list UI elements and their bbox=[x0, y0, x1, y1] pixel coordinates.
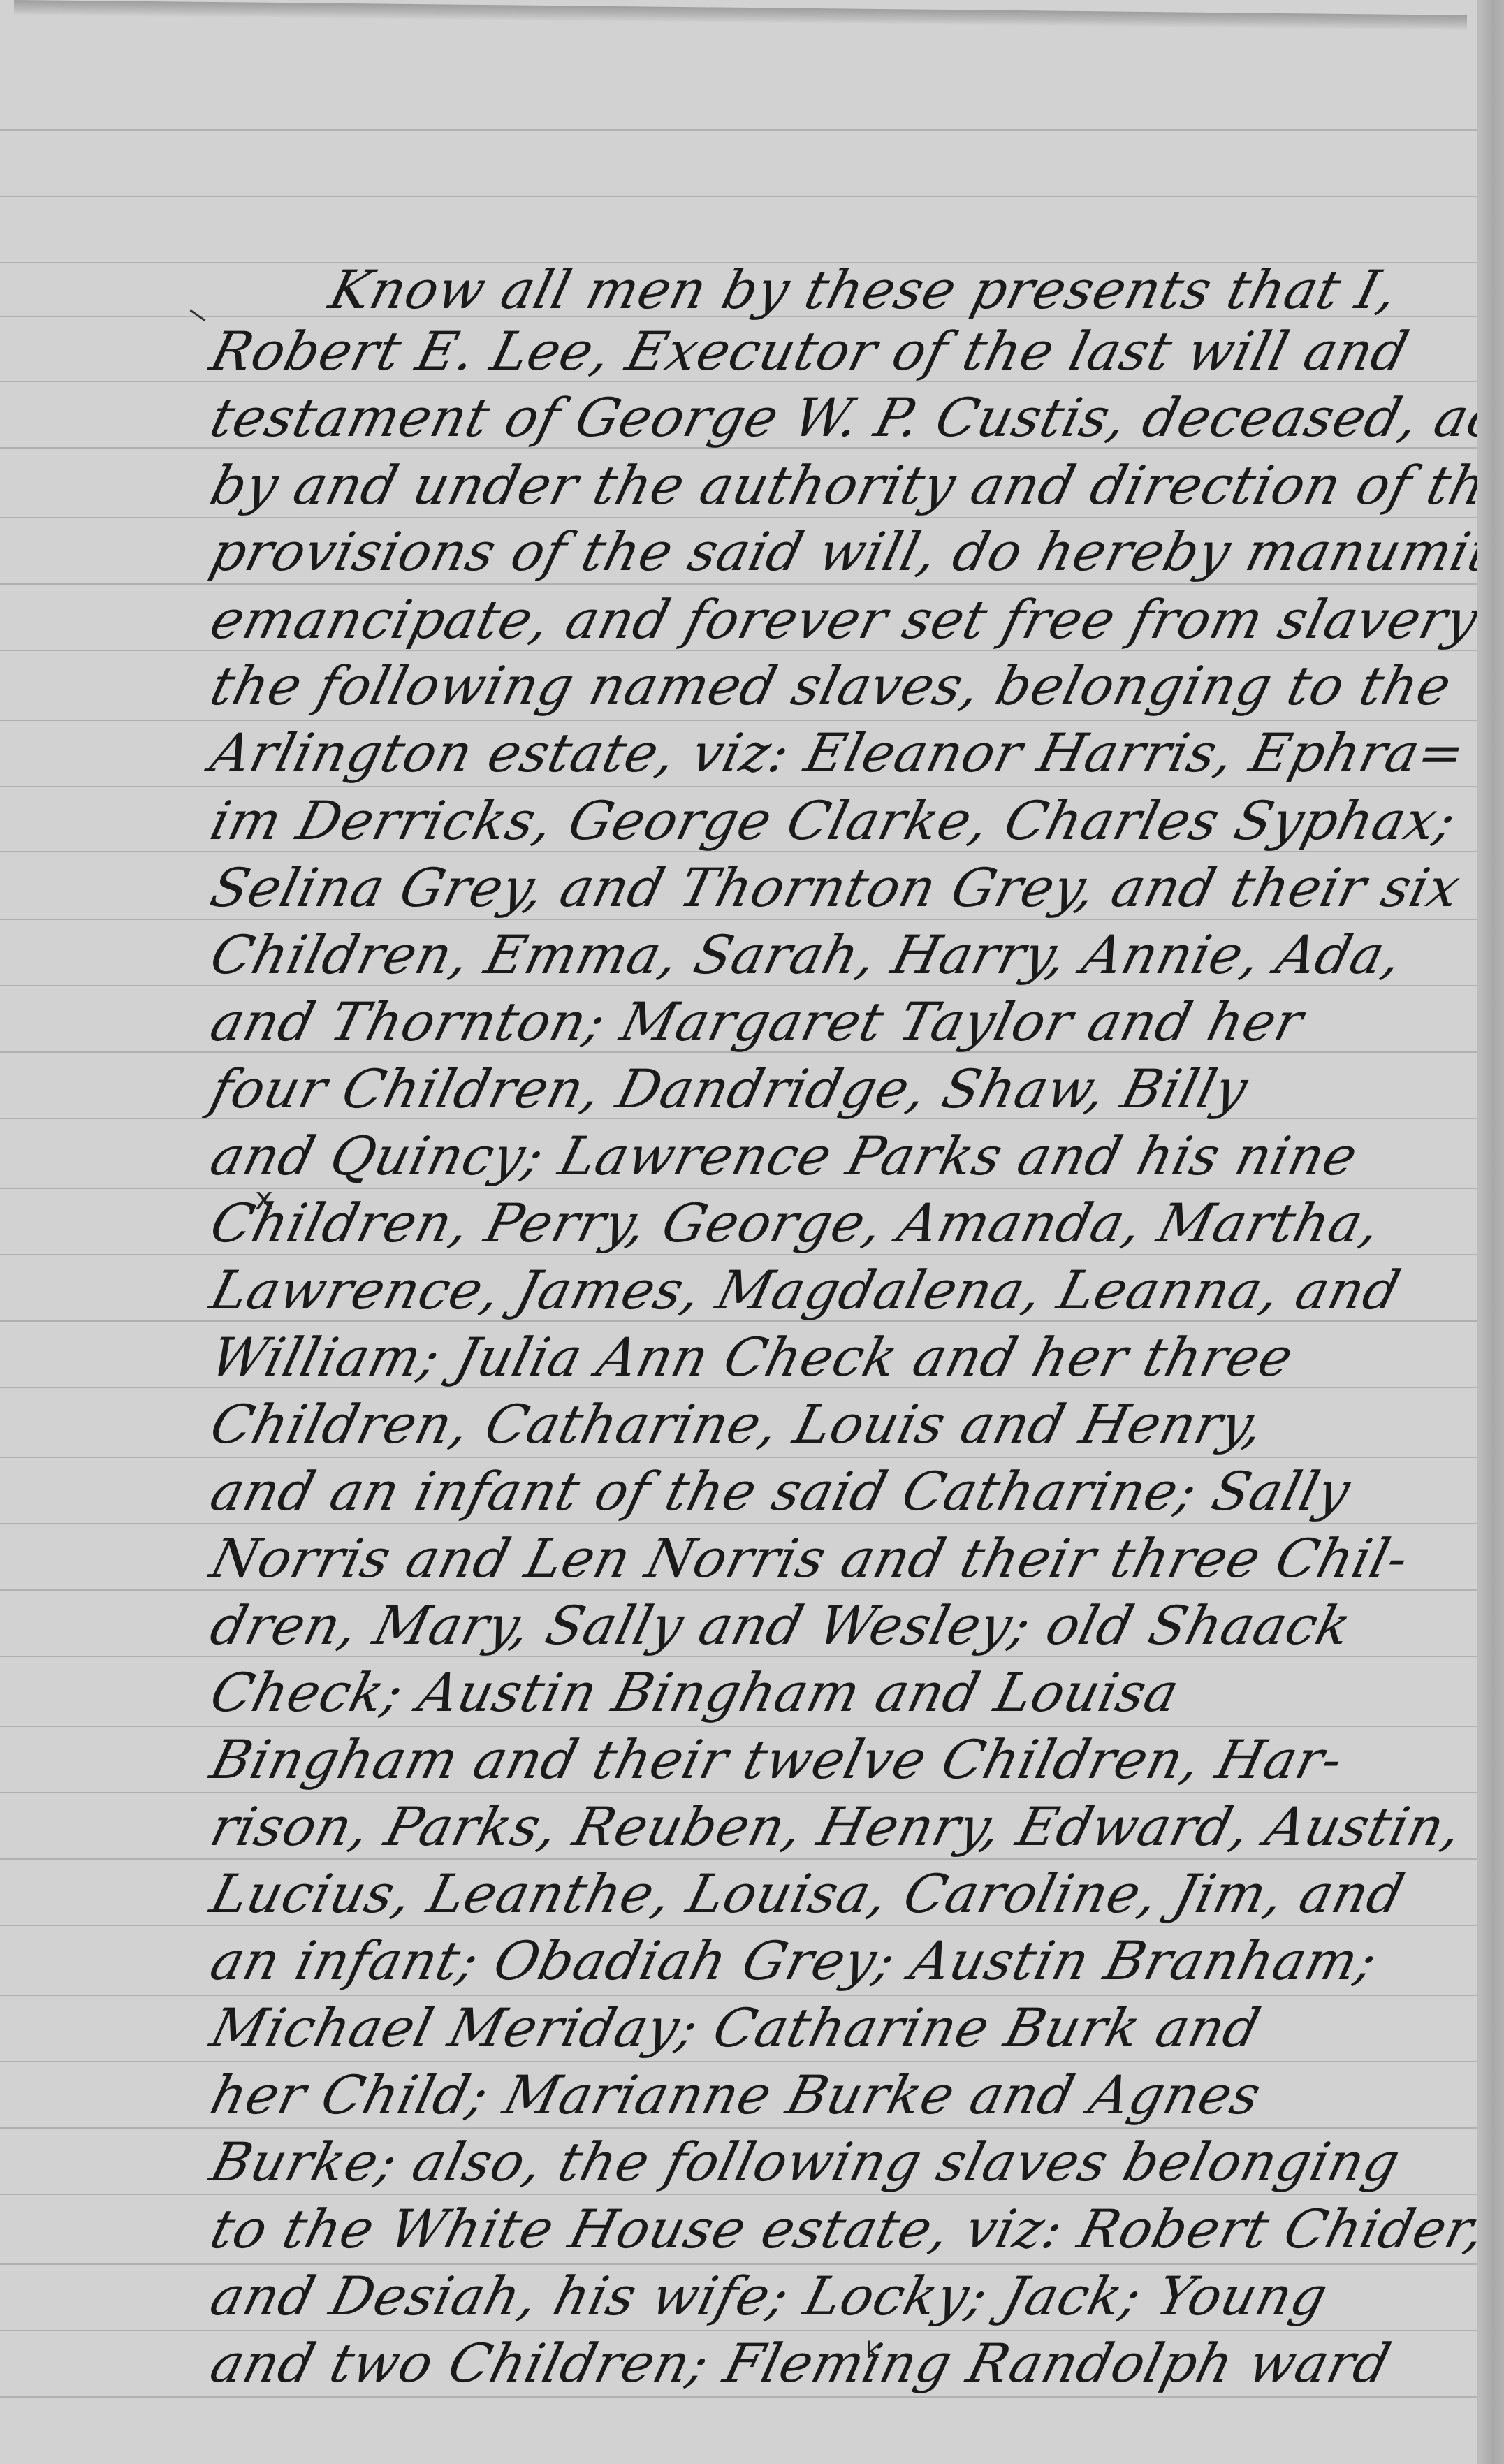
manuscript-line-17: William; Julia Ann Check and her three bbox=[203, 1319, 1301, 1396]
manuscript-line-3: testament of George W. P. Custis, deceas… bbox=[203, 379, 1504, 456]
manuscript-page: Know all men by these presents that I, R… bbox=[0, 0, 1477, 2464]
manuscript-line-13: four Children, Dandridge, Shaw, Billy bbox=[203, 1051, 1256, 1128]
manuscript-line-12: and Thornton; Margaret Taylor and her bbox=[203, 984, 1312, 1060]
ruled-line bbox=[0, 129, 1477, 131]
ruled-line bbox=[0, 196, 1477, 197]
manuscript-line-29: Burke; also, the following slaves belong… bbox=[203, 2124, 1408, 2201]
manuscript-line-8: Arlington estate, viz: Eleanor Harris, E… bbox=[203, 715, 1474, 792]
manuscript-line-19: and an infant of the said Catharine; Sal… bbox=[203, 1453, 1359, 1530]
manuscript-line-24: rison, Parks, Reuben, Henry, Edward, Aus… bbox=[203, 1788, 1470, 1865]
insert-x-mark: x bbox=[255, 1181, 273, 1216]
manuscript-line-23: Bingham and their twelve Children, Har- bbox=[203, 1721, 1351, 1798]
manuscript-line-26: an infant; Obadiah Grey; Austin Branham; bbox=[203, 1923, 1385, 1999]
manuscript-line-14: and Quincy; Lawrence Parks and his nine bbox=[203, 1118, 1366, 1195]
manuscript-line-25: Lucius, Leanthe, Louisa, Caroline, Jim, … bbox=[203, 1856, 1412, 1932]
manuscript-line-7: the following named slaves, belonging to… bbox=[203, 648, 1460, 724]
manuscript-line-4: by and under the authority and direction… bbox=[203, 447, 1504, 524]
manuscript-line-2: Robert E. Lee, Executor of the last will… bbox=[203, 313, 1417, 390]
manuscript-line-9: im Derricks, George Clarke, Charles Syph… bbox=[203, 782, 1464, 859]
manuscript-line-10: Selina Grey, and Thornton Grey, and thei… bbox=[203, 850, 1468, 926]
manuscript-line-11: Children, Emma, Sarah, Harry, Annie, Ada… bbox=[203, 917, 1411, 993]
manuscript-line-5: provisions of the said will, do hereby m… bbox=[203, 513, 1504, 590]
manuscript-line-16: Lawrence, James, Magdalena, Leanna, and bbox=[203, 1252, 1408, 1329]
page-top-shadow bbox=[14, 0, 1467, 31]
manuscript-line-32: and two Children; Fleming Randolph ward bbox=[203, 2325, 1399, 2402]
manuscript-line-22: Check; Austin Bingham and Louisa bbox=[203, 1654, 1188, 1731]
manuscript-line-6: emancipate, and forever set free from sl… bbox=[203, 581, 1487, 658]
manuscript-line-30: to the White House estate, viz: Robert C… bbox=[203, 2191, 1494, 2268]
manuscript-line-20: Norris and Len Norris and their three Ch… bbox=[203, 1520, 1417, 1597]
page-right-edge bbox=[1477, 0, 1504, 2464]
manuscript-line-15: Children, Perry, George, Amanda, Martha, bbox=[203, 1185, 1389, 1262]
superscript-k-mark: k bbox=[866, 2337, 879, 2363]
manuscript-line-21: dren, Mary, Sally and Wesley; old Shaack bbox=[203, 1587, 1359, 1664]
manuscript-line-27: Michael Meriday; Catharine Burk and bbox=[203, 1990, 1269, 2066]
manuscript-line-28: her Child; Marianne Burke and Agnes bbox=[203, 2057, 1269, 2134]
manuscript-line-18: Children, Catharine, Louis and Henry, bbox=[203, 1386, 1273, 1463]
manuscript-line-31: and Desiah, his wife; Locky; Jack; Young bbox=[203, 2258, 1336, 2335]
